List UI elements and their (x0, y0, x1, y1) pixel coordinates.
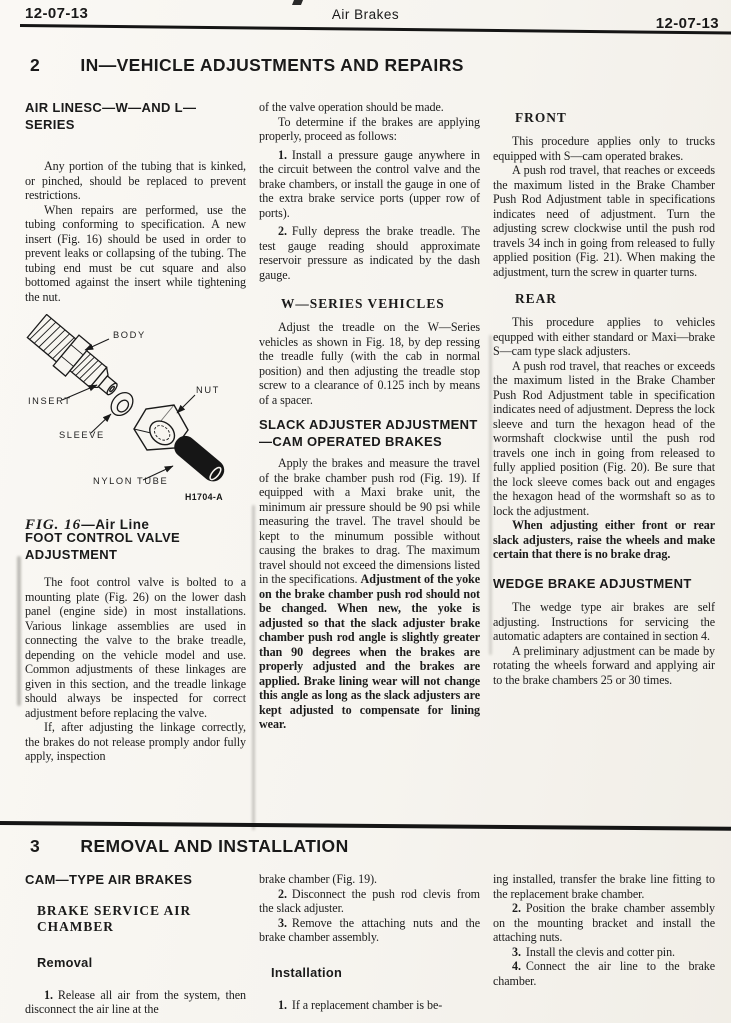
step-position-chamber: 2.Position the brake chamber assembly on… (493, 901, 715, 945)
step-text: Disconnect the push rod clevis from the … (259, 887, 480, 916)
nylon-tube-drawing (170, 432, 229, 486)
section-3-number: 3 (30, 836, 40, 856)
step-text: Connect the air line to the brake chambe… (493, 959, 715, 988)
step-number: 1. (44, 988, 53, 1002)
section-2-number: 2 (30, 55, 40, 75)
heading-front: FRONT (493, 110, 715, 126)
heading-brake-service-chamber: BRAKE SERVICE AIR CHAMBER (25, 903, 246, 935)
header-rule (20, 24, 731, 35)
scan-smudge (17, 556, 21, 706)
air-line-figure-drawing: BODY INSERT SLEEVE NUT NYLON TUBE H1704-… (25, 314, 246, 514)
scan-smudge (489, 335, 492, 655)
air-line-figure: BODY INSERT SLEEVE NUT NYLON TUBE H1704-… (25, 314, 246, 514)
step-number: 3. (512, 945, 521, 959)
para-determine: To determine if the brakes are applying … (259, 115, 480, 144)
section3-column-2: brake chamber (Fig. 19). 2.Disconnect th… (259, 872, 480, 1012)
step-number: 1. (278, 148, 287, 162)
step-text: Position the brake chamber assembly on t… (493, 901, 715, 944)
step-text: Install a pressure gauge anywhere in the… (259, 148, 480, 220)
para-foot-valve: The foot control valve is bolted to a mo… (25, 575, 246, 720)
step-number: 3. (278, 916, 287, 930)
para-front-2: A push rod travel, that reaches or excee… (493, 163, 715, 279)
insert-label: INSERT (28, 396, 72, 406)
para-valve-operation: of the valve operation should be made. (259, 100, 480, 115)
heading-w-series: W—SERIES VEHICLES (259, 296, 480, 312)
nut-label: NUT (196, 385, 220, 395)
step-number: 2. (278, 887, 287, 901)
heading-air-lines: AIR LINESC—W—AND L—SERIES (25, 100, 246, 133)
sleeve-label: SLEEVE (59, 430, 105, 440)
step-connect-air-line: 4.Connect the air line to the brake cham… (493, 959, 715, 988)
para-if-after: If, after adjusting the linkage correctl… (25, 720, 246, 764)
fitting-body-drawing (25, 314, 127, 406)
figure-caption: FIG. 16—Air Line (25, 516, 246, 534)
section2-column-3: FRONT This procedure applies only to tru… (493, 100, 715, 687)
section3-column-1: CAM—TYPE AIR BRAKES BRAKE SERVICE AIR CH… (25, 872, 246, 1017)
para-tubing: Any portion of the tubing that is kinked… (25, 159, 246, 203)
heading-slack-adjuster: SLACK ADJUSTER ADJUSTMENT—CAM OPERATED B… (259, 417, 480, 450)
para-rear-warning: When adjusting either front or rear slac… (493, 518, 715, 562)
heading-cam-type: CAM—TYPE AIR BRAKES (25, 872, 246, 889)
section-3-heading: 3 REMOVAL AND INSTALLATION (30, 836, 349, 857)
figure-number: FIG. 16 (25, 517, 81, 533)
step-text: If a replacement chamber is be- (292, 998, 442, 1012)
step-release-air: 1.Release all air from the system, then … (25, 988, 246, 1017)
page-title: Air Brakes (0, 7, 731, 22)
scan-smudge (252, 505, 255, 830)
step-install-clevis: 3.Install the clevis and cotter pin. (493, 945, 715, 960)
para-w-series: Adjust the treadle on the W—Series vehic… (259, 320, 480, 407)
section-2-heading: 2 IN—VEHICLE ADJUSTMENTS AND REPAIRS (30, 55, 464, 76)
section-3-title: REMOVAL AND INSTALLATION (80, 836, 348, 856)
step-text: Remove the attaching nuts and the brake … (259, 916, 480, 945)
para-repairs: When repairs are performed, use the tubi… (25, 203, 246, 305)
section2-column-2: of the valve operation should be made. T… (259, 100, 480, 732)
step-depress-treadle: 2.Fully depress the brake treadle. The t… (259, 224, 480, 282)
heading-installation: Installation (259, 965, 480, 980)
body-label: BODY (113, 330, 146, 340)
nylon-tube-label: NYLON TUBE (93, 476, 168, 486)
step-text: Fully depress the brake treadle. The tes… (259, 224, 480, 282)
manual-page: 12-07-13 Air Brakes 12-07-13 2 IN—VEHICL… (0, 0, 731, 1023)
para-slack-normal: Apply the brakes and measure the travel … (259, 456, 480, 586)
step-number: 4. (512, 959, 521, 973)
step-disconnect-clevis: 2.Disconnect the push rod clevis from th… (259, 887, 480, 916)
section3-column-3: ing installed, transfer the brake line f… (493, 872, 715, 988)
heading-wedge-brake: WEDGE BRAKE ADJUSTMENT (493, 576, 715, 593)
para-rear-2: A push rod travel, that reaches or excee… (493, 359, 715, 519)
figure-title: —Air Line (81, 517, 149, 532)
scan-artifact-top (292, 0, 303, 5)
heading-rear: REAR (493, 291, 715, 307)
para-wedge-1: The wedge type air brakes are self adjus… (493, 600, 715, 644)
step-replacement-chamber: 1.If a replacement chamber is be- (259, 998, 480, 1013)
section-2-title: IN—VEHICLE ADJUSTMENTS AND REPAIRS (80, 55, 463, 75)
step-text: Install the clevis and cotter pin. (526, 945, 675, 959)
para-slack-bold: Adjustment of the yoke on the brake cham… (259, 572, 480, 731)
heading-removal: Removal (25, 955, 246, 970)
section-divider-rule (0, 821, 731, 830)
para-rear-1: This procedure applies to vehicles equpp… (493, 315, 715, 359)
para-front-1: This procedure applies only to trucks eq… (493, 134, 715, 163)
step-number: 2. (278, 224, 287, 238)
step-number: 1. (278, 998, 287, 1012)
para-slack-adjuster: Apply the brakes and measure the travel … (259, 456, 480, 732)
section2-column-1: AIR LINESC—W—AND L—SERIES Any portion of… (25, 100, 246, 764)
para-wedge-2: A preliminary adjustment can be made by … (493, 644, 715, 688)
heading-foot-control-valve: FOOT CONTROL VALVE ADJUSTMENT (25, 530, 246, 563)
page-code-right: 12-07-13 (656, 15, 719, 32)
step-install-gauge: 1.Install a pressure gauge anywhere in t… (259, 148, 480, 221)
step-number: 2. (512, 901, 521, 915)
para-continued-brake-chamber: brake chamber (Fig. 19). (259, 872, 480, 887)
part-code-label: H1704-A (185, 492, 223, 502)
step-text: Release all air from the system, then di… (25, 988, 246, 1017)
step-remove-nuts: 3.Remove the attaching nuts and the brak… (259, 916, 480, 945)
para-continued-installed: ing installed, transfer the brake line f… (493, 872, 715, 901)
